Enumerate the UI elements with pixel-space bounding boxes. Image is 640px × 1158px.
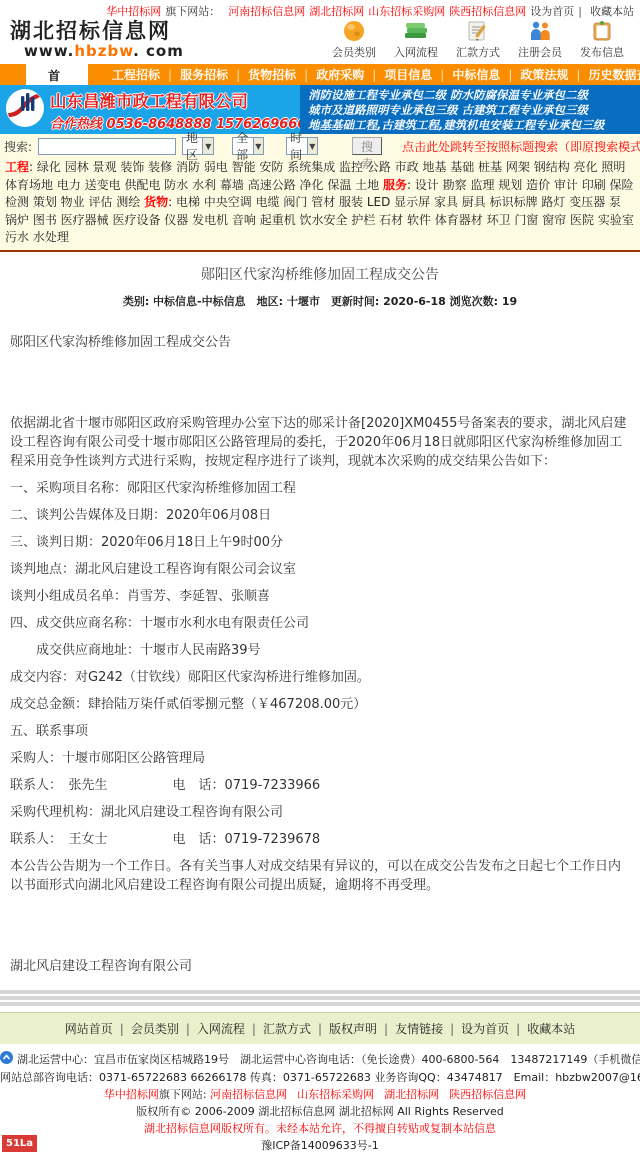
site-logo[interactable]: 湖北招标信息网 www.hbzbw. com	[10, 20, 184, 60]
topbar-site-link[interactable]: 陕西招标信息网	[449, 5, 526, 18]
site-header: 湖北招标信息网 www.hbzbw. com 会员类别 入网流程 汇款方式 注	[0, 20, 640, 64]
footer-nav-link-1[interactable]: 网站首页	[65, 1022, 113, 1036]
article-paragraph: 谈判小组成员名单：肖雪芳、李延智、张顺喜	[10, 587, 630, 606]
footer-nav-separator: |	[384, 1022, 388, 1036]
clipboard-icon	[580, 19, 624, 43]
nav-item-1[interactable]: 工程招标	[104, 66, 168, 83]
quick-links: 会员类别 入网流程 汇款方式 注册会员 发布信息	[332, 19, 630, 60]
footer-family-label: 旗下网站:	[159, 1088, 207, 1101]
publish-info-link[interactable]: 发布信息	[580, 19, 624, 60]
topbar-site-link[interactable]: 山东招标采购网	[368, 5, 445, 18]
footer-icp[interactable]: 豫ICP备14009633号-1	[0, 1137, 640, 1154]
search-mode-hint-link[interactable]: 点击此处跳转至按照标题搜索（即原搜索模式）	[402, 138, 640, 155]
article-paragraph: 二、谈判公告媒体及日期：2020年06月08日	[10, 506, 630, 525]
footer-family-links: 河南招标信息网山东招标采购网湖北招标网陕西招标信息网	[210, 1088, 536, 1101]
topbar-suffix: 旗下网站：	[165, 5, 220, 18]
region-select-value: 地区	[186, 129, 202, 163]
back-to-top-icon[interactable]	[0, 1051, 13, 1069]
article-paragraph	[10, 930, 630, 949]
keyword-group-label: 服务	[383, 178, 407, 192]
ad-qualification-line: 消防设施工程专业承包二级 防水防腐保温专业承包二级	[308, 88, 636, 103]
divider	[0, 990, 640, 994]
article-paragraph: 四、成交供应商名称：十堰市水利水电有限责任公司	[10, 614, 630, 633]
join-process-link[interactable]: 入网流程	[394, 19, 438, 60]
search-bar: 搜索: 地区 ▼ 全部 ▼ 时间 ▼ 搜索 点击此处跳转至按照标题搜索（即原搜索…	[0, 134, 640, 158]
quick-label: 会员类别	[332, 44, 376, 60]
ad-banner-text: 山东昌潍市政工程有限公司 合作热线 0536-8648888 157626966…	[50, 88, 315, 132]
nav-item-7[interactable]: 政策法规	[512, 66, 576, 83]
quick-label: 注册会员	[518, 44, 562, 60]
footer-nav-separator: |	[252, 1022, 256, 1036]
footer-nav-separator: |	[516, 1022, 520, 1036]
article-paragraph: 联系人： 王女士 电 话：0719-7239678	[10, 830, 630, 849]
ad-qualification-line: 地基基础工程,古建筑工程,建筑机电安装工程专业承包三级	[308, 118, 636, 133]
footer-network-name: 华中招标网	[104, 1088, 159, 1101]
article-header: 郧阳区代家沟桥维修加固工程成交公告 类别: 中标信息-中标信息 地区: 十堰市 …	[0, 252, 640, 309]
ad-hotline: 合作热线 0536-8648888 15762696666	[50, 113, 315, 132]
url-www: www.	[24, 42, 74, 60]
footer-copyright: 版权所有© 2006-2009 湖北招标信息网 湖北招标网 All Rights…	[0, 1103, 640, 1120]
topbar-separator: |	[578, 5, 582, 18]
nav-item-2[interactable]: 服务招标	[172, 66, 236, 83]
pencil-doc-icon	[456, 19, 500, 43]
divider	[0, 1002, 640, 1006]
ad-banner[interactable]: 山东昌潍市政工程有限公司 合作热线 0536-8648888 157626966…	[0, 85, 640, 134]
footer-nav-separator: |	[186, 1022, 190, 1036]
chevron-down-icon: ▼	[202, 138, 213, 154]
globe-icon	[332, 19, 376, 43]
top-bar: 华中招标网旗下网站：河南招标信息网湖北招标网山东招标采购网陕西招标信息网设为首页…	[0, 0, 640, 20]
keyword-group-colon: :	[29, 160, 37, 174]
main-nav: 首 页 工程招标|服务招标|货物招标|政府采购|项目信息|中标信息|政策法规|历…	[0, 64, 640, 85]
footer-nav-link-8[interactable]: 收藏本站	[527, 1022, 575, 1036]
time-select[interactable]: 时间 ▼	[286, 137, 318, 155]
footer-contact-line1: 湖北运营中心：宜昌市伍家岗区桔城路19号 湖北运营中心咨询电话：（免长途费）40…	[0, 1051, 640, 1069]
article-paragraph: 依据湖北省十堰市郧阳区政府采购管理办公室下达的郧采计备[2020]XM0455号…	[10, 414, 630, 471]
register-member-link[interactable]: 注册会员	[518, 19, 562, 60]
footer-family-site-link[interactable]: 河南招标信息网	[210, 1088, 287, 1101]
nav-items: 工程招标|服务招标|货物招标|政府采购|项目信息|中标信息|政策法规|历史数据查…	[104, 64, 640, 85]
ad-qualification-line: 城市及道路照明专业承包三级 古建筑工程专业承包三级	[308, 103, 636, 118]
divider	[0, 996, 640, 1000]
site-name: 湖北招标信息网	[10, 20, 184, 42]
keyword-index: 工程: 绿化 园林 景观 装饰 装修 消防 弱电 智能 安防 系统集成 监控 公…	[0, 158, 640, 252]
search-button[interactable]: 搜索	[352, 137, 382, 155]
nav-item-4[interactable]: 政府采购	[308, 66, 372, 83]
article-paragraph: 采购人：十堰市郧阳区公路管理局	[10, 749, 630, 768]
article-paragraph: 三、谈判日期：2020年06月18日上午9时00分	[10, 533, 630, 552]
topbar-network-name: 华中招标网	[106, 5, 161, 18]
article-paragraph: 一、采购项目名称：郧阳区代家沟桥维修加固工程	[10, 479, 630, 498]
nav-item-3[interactable]: 货物招标	[240, 66, 304, 83]
keyword-group-label: 工程	[5, 160, 29, 174]
article-paragraph: 采购代理机构：湖北风启建设工程咨询有限公司	[10, 803, 630, 822]
footer-nav-separator: |	[318, 1022, 322, 1036]
article-body: 郧阳区代家沟桥维修加固工程成交公告依据湖北省十堰市郧阳区政府采购管理办公室下达的…	[0, 309, 640, 976]
ad-company-name: 山东昌潍市政工程有限公司	[50, 88, 315, 112]
company-logo-icon	[4, 87, 46, 133]
keyword-group-colon: :	[407, 178, 415, 192]
page-title: 郧阳区代家沟桥维修加固工程成交公告	[0, 264, 640, 284]
footer-nav-link-3[interactable]: 入网流程	[197, 1022, 245, 1036]
nav-item-6[interactable]: 中标信息	[444, 66, 508, 83]
footer-nav-link-7[interactable]: 设为首页	[461, 1022, 509, 1036]
keyword-group-colon: :	[168, 195, 176, 209]
article-paragraph: 成交供应商地址：十堰市人民南路39号	[10, 641, 630, 660]
footer-family-site-link[interactable]: 湖北招标网	[384, 1088, 439, 1101]
set-home-link[interactable]: 设为首页	[530, 5, 574, 18]
footer-nav-link-2[interactable]: 会员类别	[131, 1022, 179, 1036]
search-label: 搜索:	[4, 138, 32, 155]
category-select[interactable]: 全部 ▼	[232, 137, 264, 155]
favorite-link[interactable]: 收藏本站	[590, 5, 634, 18]
region-select[interactable]: 地区 ▼	[182, 137, 214, 155]
footer-nav-link-6[interactable]: 友情链接	[395, 1022, 443, 1036]
keyword-group-label: 货物	[144, 195, 168, 209]
books-icon	[394, 19, 438, 43]
footer-hubei-center: 湖北运营中心：宜昌市伍家岗区桔城路19号 湖北运营中心咨询电话：（免长途费）40…	[17, 1053, 640, 1066]
people-icon	[518, 19, 562, 43]
nav-item-8[interactable]: 历史数据查询	[580, 66, 640, 83]
footer-contact-line2: 网站总部咨询电话：0371-65722683 66266178 传真：0371-…	[0, 1069, 640, 1086]
divider-rules	[0, 990, 640, 1006]
quick-label: 发布信息	[580, 44, 624, 60]
ad-banner-left: 山东昌潍市政工程有限公司 合作热线 0536-8648888 157626966…	[0, 85, 300, 134]
article-paragraph: 联系人： 张先生 电 话：0719-7233966	[10, 776, 630, 795]
site-url: www.hbzbw. com	[24, 42, 184, 60]
footer-nav: 网站首页|会员类别|入网流程|汇款方式|版权声明|友情链接|设为首页|收藏本站	[0, 1012, 640, 1044]
footer-nav-separator: |	[450, 1022, 454, 1036]
footer-nav-separator: |	[120, 1022, 124, 1036]
nav-tab-home[interactable]: 首 页	[26, 64, 88, 85]
footer-family-sites: 华中招标网旗下网站: 河南招标信息网山东招标采购网湖北招标网陕西招标信息网	[0, 1086, 640, 1103]
footer-info: 湖北运营中心：宜昌市伍家岗区桔城路19号 湖北运营中心咨询电话：（免长途费）40…	[0, 1044, 640, 1158]
article-paragraph	[10, 903, 630, 922]
article-paragraph	[10, 387, 630, 406]
ad-banner-qualifications: 消防设施工程专业承包二级 防水防腐保温专业承包二级城市及道路照明专业承包三级 古…	[300, 85, 640, 134]
footer-family-site-link[interactable]: 陕西招标信息网	[449, 1088, 526, 1101]
chevron-down-icon: ▼	[307, 138, 318, 154]
member-type-link[interactable]: 会员类别	[332, 19, 376, 60]
article-paragraph: 成交内容：对G242（甘钦线）郧阳区代家沟桥进行维修加固。	[10, 668, 630, 687]
topbar-site-links: 河南招标信息网湖北招标网山东招标采购网陕西招标信息网	[224, 5, 526, 18]
article-paragraph: 五、联系事项	[10, 722, 630, 741]
article-paragraph: 郧阳区代家沟桥维修加固工程成交公告	[10, 333, 630, 352]
51la-stats-badge[interactable]: 51La	[2, 1135, 37, 1152]
footer-family-site-link[interactable]: 山东招标采购网	[297, 1088, 374, 1101]
url-tld: . com	[133, 42, 184, 60]
article-paragraph: 谈判地点：湖北风启建设工程咨询有限公司会议室	[10, 560, 630, 579]
quick-label: 汇款方式	[456, 44, 500, 60]
article-meta: 类别: 中标信息-中标信息 地区: 十堰市 更新时间: 2020-6-18 浏览…	[0, 293, 640, 309]
article-paragraph: 本公告公告期为一个工作日。各有关当事人对成交结果有异议的，可以在成交公告发布之日…	[10, 857, 630, 895]
chevron-down-icon: ▼	[253, 138, 264, 154]
time-select-value: 时间	[290, 129, 306, 163]
article-paragraph: 成交总金额：肆拾陆万柒仟贰佰零捌元整（￥467208.00元）	[10, 695, 630, 714]
footer-nav-link-4[interactable]: 汇款方式	[263, 1022, 311, 1036]
footer-nav-link-5[interactable]: 版权声明	[329, 1022, 377, 1036]
article-paragraph	[10, 360, 630, 379]
url-domain: hbzbw	[74, 42, 133, 60]
category-select-value: 全部	[236, 129, 252, 163]
article-paragraph: 湖北风启建设工程咨询有限公司	[10, 957, 630, 976]
nav-item-5[interactable]: 项目信息	[376, 66, 440, 83]
topbar-site-link[interactable]: 湖北招标网	[309, 5, 364, 18]
topbar-site-link[interactable]: 河南招标信息网	[228, 5, 305, 18]
footer-rights-warning: 湖北招标信息网版权所有。未经本站允许，不得擅自转贴或复制本站信息	[0, 1120, 640, 1137]
quick-label: 入网流程	[394, 44, 438, 60]
payment-method-link[interactable]: 汇款方式	[456, 19, 500, 60]
search-input[interactable]	[38, 138, 176, 155]
